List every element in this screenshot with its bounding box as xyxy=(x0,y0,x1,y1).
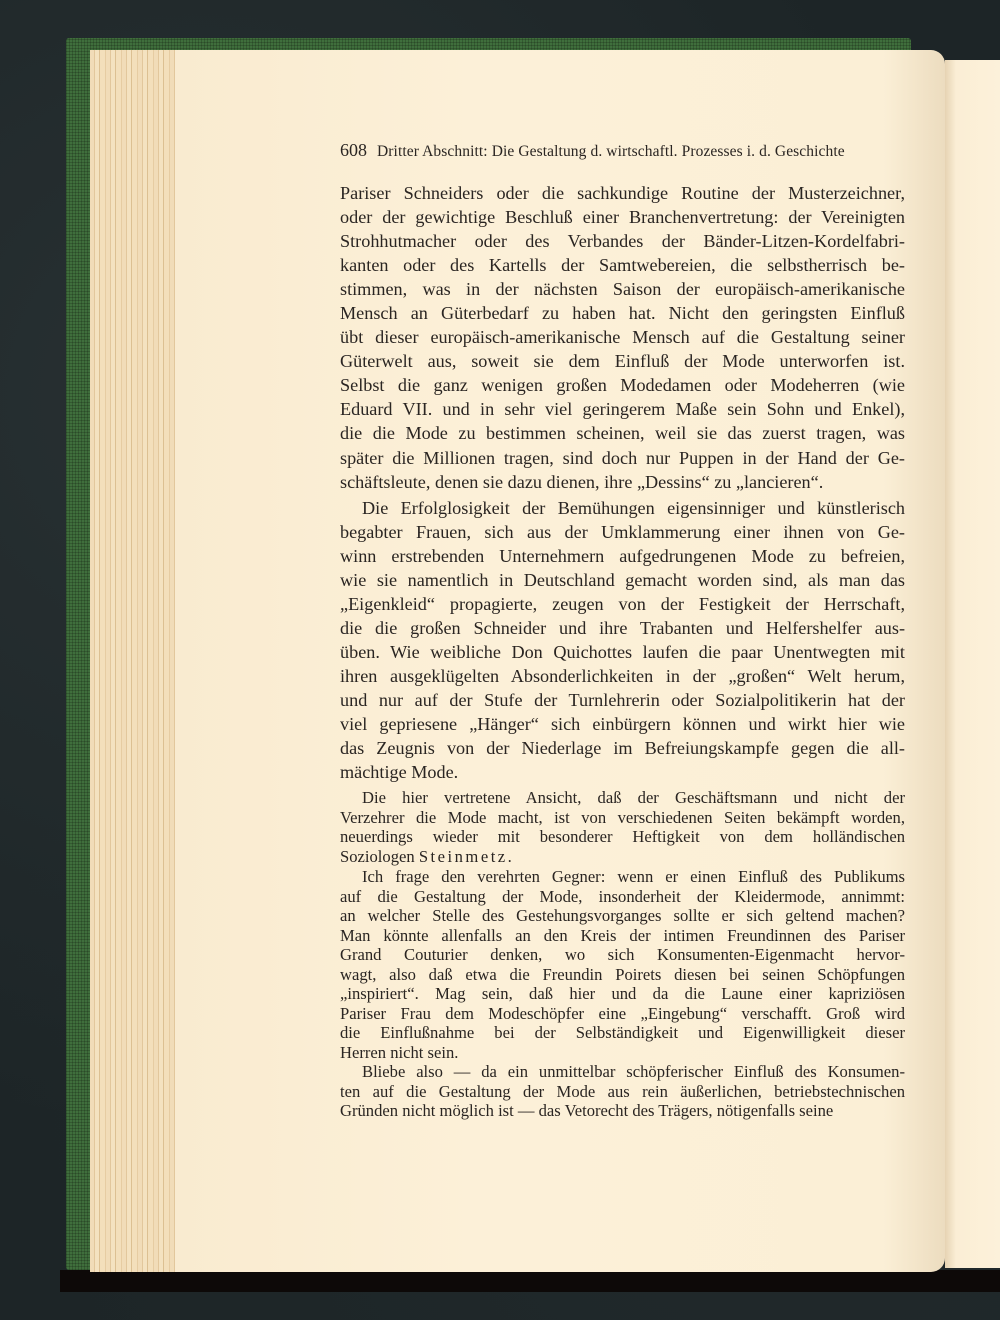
book-shadow xyxy=(60,1270,1000,1292)
text-line: Die hier vertretene Ansicht, daß der Ges… xyxy=(340,788,905,808)
paragraph: Ich frage den verehrten Gegner: wenn er … xyxy=(340,867,905,1062)
text-line: Mensch an Güterbedarf zu haben hat. Nich… xyxy=(340,301,905,325)
text-line: begabter Frauen, sich aus der Umklammeru… xyxy=(340,520,905,544)
text-line: „Eigenkleid“ propagierte, zeugen von der… xyxy=(340,592,905,616)
facing-page-edge xyxy=(945,60,1000,1268)
paragraph: Die hier vertretene Ansicht, daß der Ges… xyxy=(340,788,905,866)
running-head-title: Dritter Abschnitt: Die Gestaltung d. wir… xyxy=(377,143,845,161)
text-line: das Zeugnis von der Niederlage im Befrei… xyxy=(340,736,905,760)
text-line: die die Mode zu bestimmen scheinen, weil… xyxy=(340,421,905,445)
running-head: 608 Dritter Abschnitt: Die Gestaltung d.… xyxy=(340,140,905,161)
text-line: an welcher Stelle des Gestehungsvorgange… xyxy=(340,906,905,926)
text-line: und nur auf der Stufe der Turnlehrerin o… xyxy=(340,688,905,712)
text-line: mächtige Mode. xyxy=(340,760,905,784)
text-line: Die Erfolglosigkeit der Bemühungen eigen… xyxy=(340,496,905,520)
text-line: kanten oder des Kartells der Samtweberei… xyxy=(340,253,905,277)
text-line: Pariser Frau dem Modeschöpfer eine „Eing… xyxy=(340,1004,905,1024)
paragraph: Die Erfolglosigkeit der Bemühungen eigen… xyxy=(340,496,905,785)
body-text: Pariser Schneiders oder die sachkundige … xyxy=(340,181,905,1121)
text-line: ten auf die Gestaltung der Mode aus rein… xyxy=(340,1082,905,1102)
text-line: Strohhutmacher oder des Verbandes der Bä… xyxy=(340,229,905,253)
text-line: Grand Couturier denken, wo sich Konsumen… xyxy=(340,945,905,965)
text-line: Güterwelt aus, soweit sie dem Einfluß de… xyxy=(340,349,905,373)
text-line: Verzehrer die Mode macht, ist von versch… xyxy=(340,808,905,828)
text-line: stimmen, was in der nächsten Saison der … xyxy=(340,277,905,301)
text-line: neuerdings wieder mit besonderer Heftigk… xyxy=(340,827,905,847)
text-line: wie sie namentlich in Deutschland gemach… xyxy=(340,568,905,592)
page-number: 608 xyxy=(340,140,367,161)
text-line: schäftsleute, denen sie dazu dienen, ihr… xyxy=(340,470,905,494)
text-line: wagt, also daß etwa die Freundin Poirets… xyxy=(340,965,905,985)
page-edges xyxy=(90,50,175,1272)
text-line: Ich frage den verehrten Gegner: wenn er … xyxy=(340,867,905,887)
text-line: winn erstrebenden Unternehmern aufgedrun… xyxy=(340,544,905,568)
text-line: viel gepriesene „Hänger“ sich einbürgern… xyxy=(340,712,905,736)
text-line: Bliebe also — da ein unmittelbar schöpfe… xyxy=(340,1062,905,1082)
text-line: ihren ausgeklügelten Absonderlichkeiten … xyxy=(340,664,905,688)
text-line: Selbst die ganz wenigen großen Modedamen… xyxy=(340,373,905,397)
paragraph: Bliebe also — da ein unmittelbar schöpfe… xyxy=(340,1062,905,1121)
text-line: Gründen nicht möglich ist — das Vetorech… xyxy=(340,1101,905,1121)
text-line: die die großen Schneider und ihre Traban… xyxy=(340,616,905,640)
text-line: „inspiriert“. Mag sein, daß hier und da … xyxy=(340,984,905,1004)
text-line: üben. Wie weibliche Don Quichottes laufe… xyxy=(340,640,905,664)
text-line: Soziologen Steinmetz. xyxy=(340,847,905,867)
text-line: später die Millionen tragen, sind doch n… xyxy=(340,446,905,470)
text-line: Herren nicht sein. xyxy=(340,1043,905,1063)
text-line: Eduard VII. und in sehr viel geringerem … xyxy=(340,397,905,421)
text-line: übt dieser europäisch-amerikanische Mens… xyxy=(340,325,905,349)
page-text: 608 Dritter Abschnitt: Die Gestaltung d.… xyxy=(340,140,905,1121)
text-line: Man könnte allenfalls an den Kreis der i… xyxy=(340,926,905,946)
spaced-name: Steinmetz. xyxy=(419,847,515,866)
text-line: die Einflußnahme bei der Selbständigkeit… xyxy=(340,1023,905,1043)
text-line: auf die Gestaltung der Mode, insonderhei… xyxy=(340,887,905,907)
paragraph: Pariser Schneiders oder die sachkundige … xyxy=(340,181,905,494)
text-line: oder der gewichtige Beschluß einer Branc… xyxy=(340,205,905,229)
text-line: Pariser Schneiders oder die sachkundige … xyxy=(340,181,905,205)
